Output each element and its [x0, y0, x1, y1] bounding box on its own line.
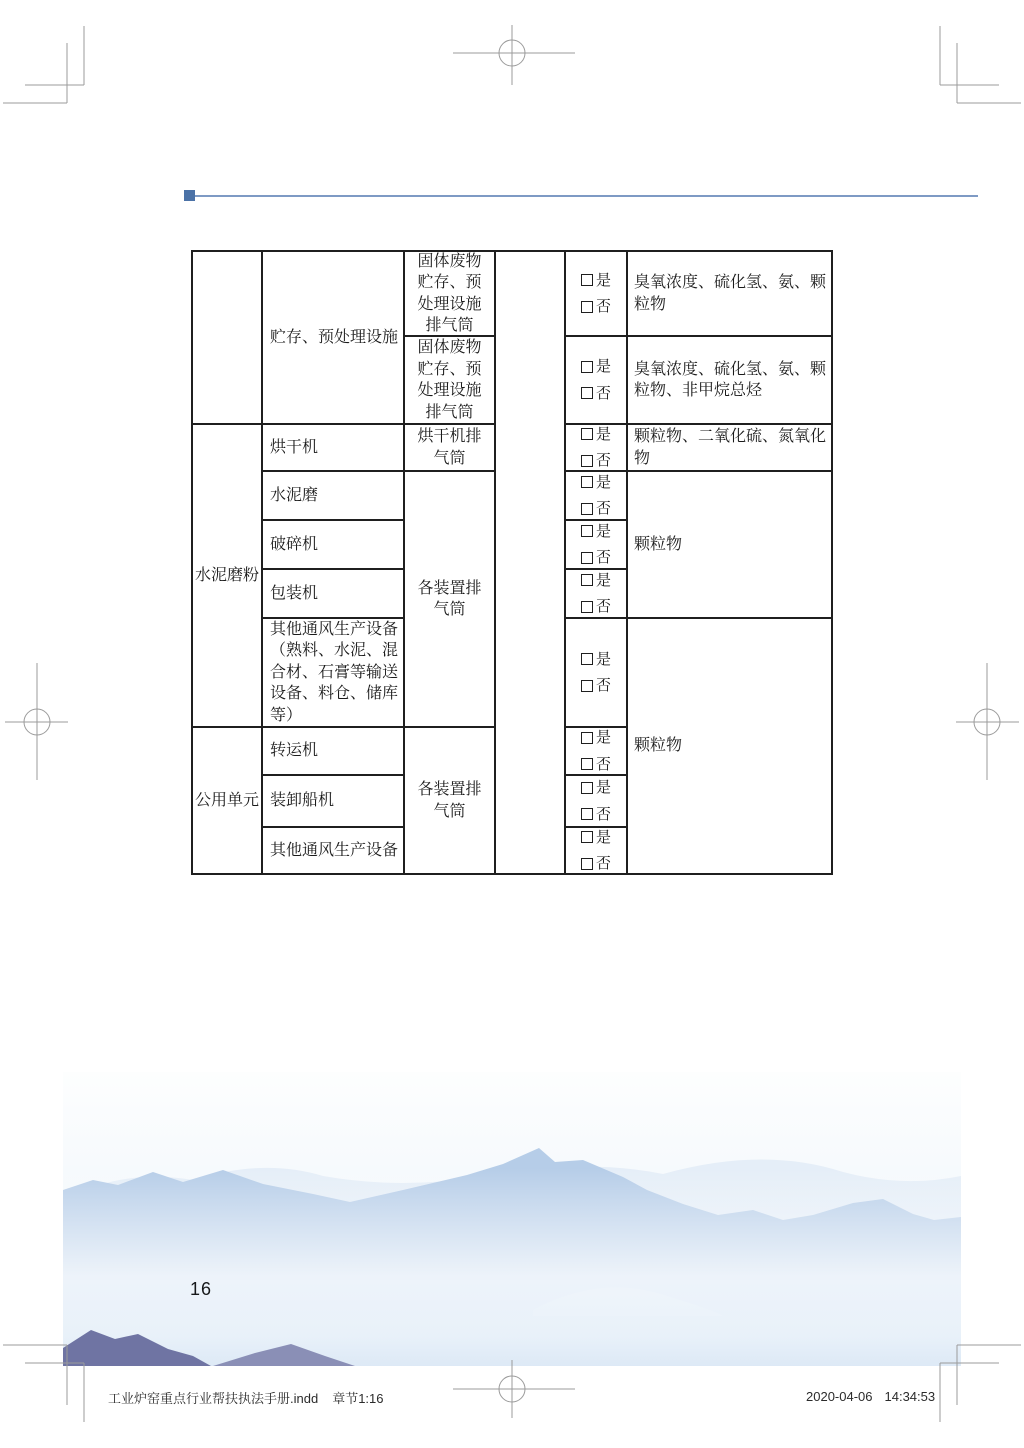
registration-target-right	[956, 663, 1019, 780]
checkbox-yes-label: 是	[596, 777, 611, 799]
checkbox-cell-row8: 是 否	[566, 728, 628, 776]
checkbox-no[interactable]	[581, 758, 593, 770]
empty-column-cell	[496, 252, 566, 873]
stack-label: 各装置排气筒	[412, 779, 487, 822]
checkbox-no[interactable]	[581, 552, 593, 564]
equipment-cell-other-ventilated: 其他通风生产设备（熟料、水泥、混合材、石膏等输送设备、料仓、储库等）	[263, 619, 405, 728]
category-label: 水泥磨粉	[195, 565, 259, 587]
checkbox-yes-label: 是	[596, 356, 611, 378]
checkbox-cell-row6: 是 否	[566, 570, 628, 619]
checkbox-yes-label: 是	[596, 425, 611, 445]
checkbox-no-label: 否	[596, 383, 611, 405]
stack-cell-solid-waste-1: 固体废物贮存、预处理设施排气筒	[405, 252, 496, 337]
scanned-document-page: 水泥磨粉 公用单元 贮存、预处理设施 烘干机 水泥磨 破碎机 包装机 其他通风生…	[0, 0, 1024, 1448]
checkbox-no[interactable]	[581, 808, 593, 820]
checkbox-cell-row7: 是 否	[566, 619, 628, 728]
checkbox-no[interactable]	[581, 858, 593, 870]
footer-time: 14:34:53	[885, 1389, 936, 1404]
equipment-label: 水泥磨	[270, 485, 318, 507]
pollutant-label: 颗粒物	[634, 735, 682, 757]
pollutant-cell-particulate-1: 颗粒物	[628, 472, 831, 619]
registration-target-top	[453, 25, 575, 85]
equipment-cell-ship-loader: 装卸船机	[263, 776, 405, 828]
footer-filename-line: 工业炉窑重点行业帮扶执法手册.indd章节1:16	[108, 1388, 384, 1407]
pollutant-label: 颗粒物	[634, 534, 682, 556]
crop-mark-top-right	[940, 26, 1021, 103]
checkbox-yes[interactable]	[581, 476, 593, 488]
registration-target-bottom	[453, 1360, 575, 1418]
equipment-label: 转运机	[270, 740, 318, 762]
checkbox-no[interactable]	[581, 680, 593, 692]
checkbox-yes[interactable]	[581, 732, 593, 744]
checkbox-no-label: 否	[596, 296, 611, 318]
checkbox-yes[interactable]	[581, 361, 593, 373]
pollutant-label: 臭氧浓度、硫化氢、氨、颗粒物、非甲烷总烃	[634, 359, 826, 402]
checkbox-yes[interactable]	[581, 525, 593, 537]
mountain-watercolor-artwork	[63, 1072, 961, 1366]
checkbox-no-label: 否	[596, 754, 611, 776]
checkbox-yes[interactable]	[581, 831, 593, 843]
equipment-label: 装卸船机	[270, 790, 334, 812]
category-cell-empty	[193, 252, 263, 425]
checkbox-no[interactable]	[581, 301, 593, 313]
checkbox-cell-row5: 是 否	[566, 521, 628, 570]
pollutant-cell-odor-2: 臭氧浓度、硫化氢、氨、颗粒物、非甲烷总烃	[628, 337, 831, 425]
footer-timestamp: 2020-04-0614:34:53	[806, 1389, 935, 1404]
equipment-cell-packer: 包装机	[263, 570, 405, 619]
checkbox-yes-label: 是	[596, 728, 611, 749]
stack-label: 烘干机排气筒	[412, 426, 487, 469]
category-label: 公用单元	[195, 790, 259, 812]
checkbox-no[interactable]	[581, 601, 593, 613]
stack-cell-dryer: 烘干机排气筒	[405, 425, 496, 472]
equipment-cell-other-ventilated-2: 其他通风生产设备	[263, 828, 405, 873]
equipment-label: 其他通风生产设备	[270, 840, 398, 862]
pollutant-cell-dryer: 颗粒物、二氧化硫、氮氧化物	[628, 425, 831, 472]
pollutant-cell-odor-1: 臭氧浓度、硫化氢、氨、颗粒物	[628, 252, 831, 337]
equipment-label: 破碎机	[270, 534, 318, 556]
equipment-cell-crusher: 破碎机	[263, 521, 405, 570]
checkbox-no-label: 否	[596, 498, 611, 520]
equipment-label: 其他通风生产设备（熟料、水泥、混合材、石膏等输送设备、料仓、储库等）	[270, 619, 401, 726]
checkbox-yes-label: 是	[596, 649, 611, 671]
checkbox-no-label: 否	[596, 675, 611, 697]
checkbox-yes[interactable]	[581, 574, 593, 586]
stack-label: 固体废物贮存、预处理设施排气筒	[412, 252, 487, 337]
checkbox-no-label: 否	[596, 596, 611, 618]
equipment-label: 包装机	[270, 583, 318, 605]
footer-date: 2020-04-06	[806, 1389, 873, 1404]
equipment-label: 烘干机	[270, 437, 318, 459]
category-cell-cement-grinding: 水泥磨粉	[193, 425, 263, 728]
checkbox-yes-label: 是	[596, 521, 611, 542]
checkbox-cell-row3: 是 否	[566, 425, 628, 472]
checkbox-no-label: 否	[596, 804, 611, 826]
equipment-cell-dryer: 烘干机	[263, 425, 405, 472]
equipment-label: 贮存、预处理设施	[270, 327, 398, 349]
checkbox-yes[interactable]	[581, 428, 593, 440]
checkbox-no[interactable]	[581, 455, 593, 467]
stack-cell-each-device-2: 各装置排气筒	[405, 728, 496, 873]
registration-target-left	[5, 663, 68, 780]
checkbox-cell-row9: 是 否	[566, 776, 628, 828]
page-number: 16	[190, 1279, 212, 1300]
footer-section: 章节1:16	[332, 1391, 383, 1406]
header-rule-square	[184, 190, 195, 201]
checkbox-cell-row1: 是 否	[566, 252, 628, 337]
pollutant-label: 颗粒物、二氧化硫、氮氧化物	[634, 426, 826, 469]
crop-mark-top-left	[3, 26, 84, 103]
category-cell-public-unit: 公用单元	[193, 728, 263, 873]
checkbox-cell-row2: 是 否	[566, 337, 628, 425]
emission-inspection-table: 水泥磨粉 公用单元 贮存、预处理设施 烘干机 水泥磨 破碎机 包装机 其他通风生…	[191, 250, 833, 875]
header-rule-line	[184, 195, 978, 197]
checkbox-no-label: 否	[596, 547, 611, 569]
checkbox-yes-label: 是	[596, 270, 611, 292]
pollutant-label: 臭氧浓度、硫化氢、氨、颗粒物	[634, 272, 826, 315]
stack-label: 固体废物贮存、预处理设施排气筒	[412, 337, 487, 423]
footer-filename: 工业炉窑重点行业帮扶执法手册.indd	[108, 1391, 318, 1406]
mist-overlay	[63, 1168, 961, 1366]
checkbox-yes[interactable]	[581, 653, 593, 665]
checkbox-yes-label: 是	[596, 828, 611, 848]
equipment-cell-transfer-machine: 转运机	[263, 728, 405, 776]
stack-cell-solid-waste-2: 固体废物贮存、预处理设施排气筒	[405, 337, 496, 425]
checkbox-yes[interactable]	[581, 782, 593, 794]
checkbox-no[interactable]	[581, 387, 593, 399]
equipment-cell-storage-pretreatment: 贮存、预处理设施	[263, 252, 405, 425]
checkbox-no-label: 否	[596, 450, 611, 472]
equipment-cell-cement-mill: 水泥磨	[263, 472, 405, 521]
checkbox-no-label: 否	[596, 853, 611, 873]
checkbox-yes-label: 是	[596, 472, 611, 493]
pollutant-cell-particulate-2: 颗粒物	[628, 619, 831, 873]
checkbox-yes[interactable]	[581, 274, 593, 286]
checkbox-cell-row10: 是 否	[566, 828, 628, 873]
stack-cell-each-device-1: 各装置排气筒	[405, 472, 496, 728]
checkbox-cell-row4: 是 否	[566, 472, 628, 521]
stack-label: 各装置排气筒	[412, 578, 487, 621]
checkbox-no[interactable]	[581, 503, 593, 515]
checkbox-yes-label: 是	[596, 570, 611, 591]
